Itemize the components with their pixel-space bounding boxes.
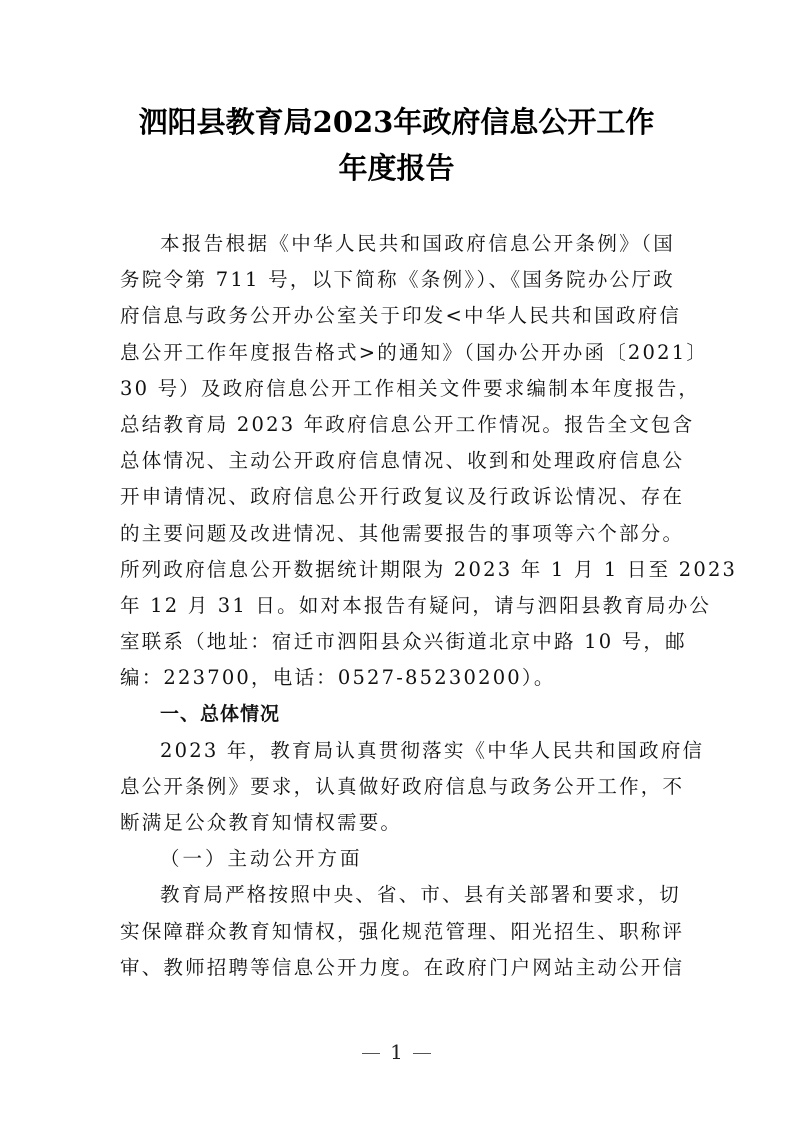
subsection-heading-proactive-disclosure: （一）主动公开方面 — [120, 841, 675, 877]
section1-paragraph: 2023 年，教育局认真贯彻落实《中华人民共和国政府信 息公开条例》要求，认真做… — [120, 733, 675, 842]
page-number: 1 — [390, 1040, 403, 1064]
text-line: 本报告根据《中华人民共和国政府信息公开条例》（国 — [120, 226, 675, 262]
text-line: 所列政府信息公开数据统计期限为 2023 年 1 月 1 日至 2023 — [120, 552, 675, 588]
subsection1-paragraph: 教育局严格按照中央、省、市、县有关部署和要求，切 实保障群众教育知情权，强化规范… — [120, 877, 675, 986]
footer-dash-left — [362, 1053, 380, 1054]
report-title-line-2: 年度报告 — [0, 146, 793, 187]
text-line: 务院令第 711 号，以下简称《条例》）、《国务院办公厅政 — [120, 262, 675, 298]
text-line: 府信息与政务公开办公室关于印发<中华人民共和国政府信 — [120, 298, 675, 334]
text-line: 年 12 月 31 日。如对本报告有疑问，请与泗阳县教育局办公 — [120, 588, 675, 624]
report-title-line-1: 泗阳县教育局2023年政府信息公开工作 — [0, 100, 793, 141]
text-line: 教育局严格按照中央、省、市、县有关部署和要求，切 — [120, 877, 675, 913]
footer-dash-right — [413, 1053, 431, 1054]
text-line: 室联系（地址：宿迁市泗阳县众兴街道北京中路 10 号，邮 — [120, 624, 675, 660]
page-footer: 1 — [0, 1040, 793, 1064]
text-line: 30 号）及政府信息公开工作相关文件要求编制本年度报告， — [120, 371, 675, 407]
intro-paragraph: 本报告根据《中华人民共和国政府信息公开条例》（国 务院令第 711 号，以下简称… — [120, 226, 675, 696]
text-line: 开申请情况、政府信息公开行政复议及行政诉讼情况、存在 — [120, 479, 675, 515]
text-line: 总体情况、主动公开政府信息情况、收到和处理政府信息公 — [120, 443, 675, 479]
text-line: 息公开条例》要求，认真做好政府信息与政务公开工作，不 — [120, 769, 675, 805]
text-line: 的主要问题及改进情况、其他需要报告的事项等六个部分。 — [120, 516, 675, 552]
text-line: 编：223700，电话：0527-85230200）。 — [120, 660, 675, 696]
text-line: 实保障群众教育知情权，强化规范管理、阳光招生、职称评 — [120, 914, 675, 950]
text-line: 息公开工作年度报告格式>的通知》（国办公开办函〔2021〕 — [120, 335, 675, 371]
text-line: 断满足公众教育知情权需要。 — [120, 805, 675, 841]
text-line: 2023 年，教育局认真贯彻落实《中华人民共和国政府信 — [120, 733, 675, 769]
text-line: 总结教育局 2023 年政府信息公开工作情况。报告全文包含 — [120, 407, 675, 443]
document-body: 本报告根据《中华人民共和国政府信息公开条例》（国 务院令第 711 号，以下简称… — [120, 226, 675, 986]
section-heading-overall: 一、总体情况 — [120, 696, 675, 732]
text-line: 审、教师招聘等信息公开力度。在政府门户网站主动公开信 — [120, 950, 675, 986]
